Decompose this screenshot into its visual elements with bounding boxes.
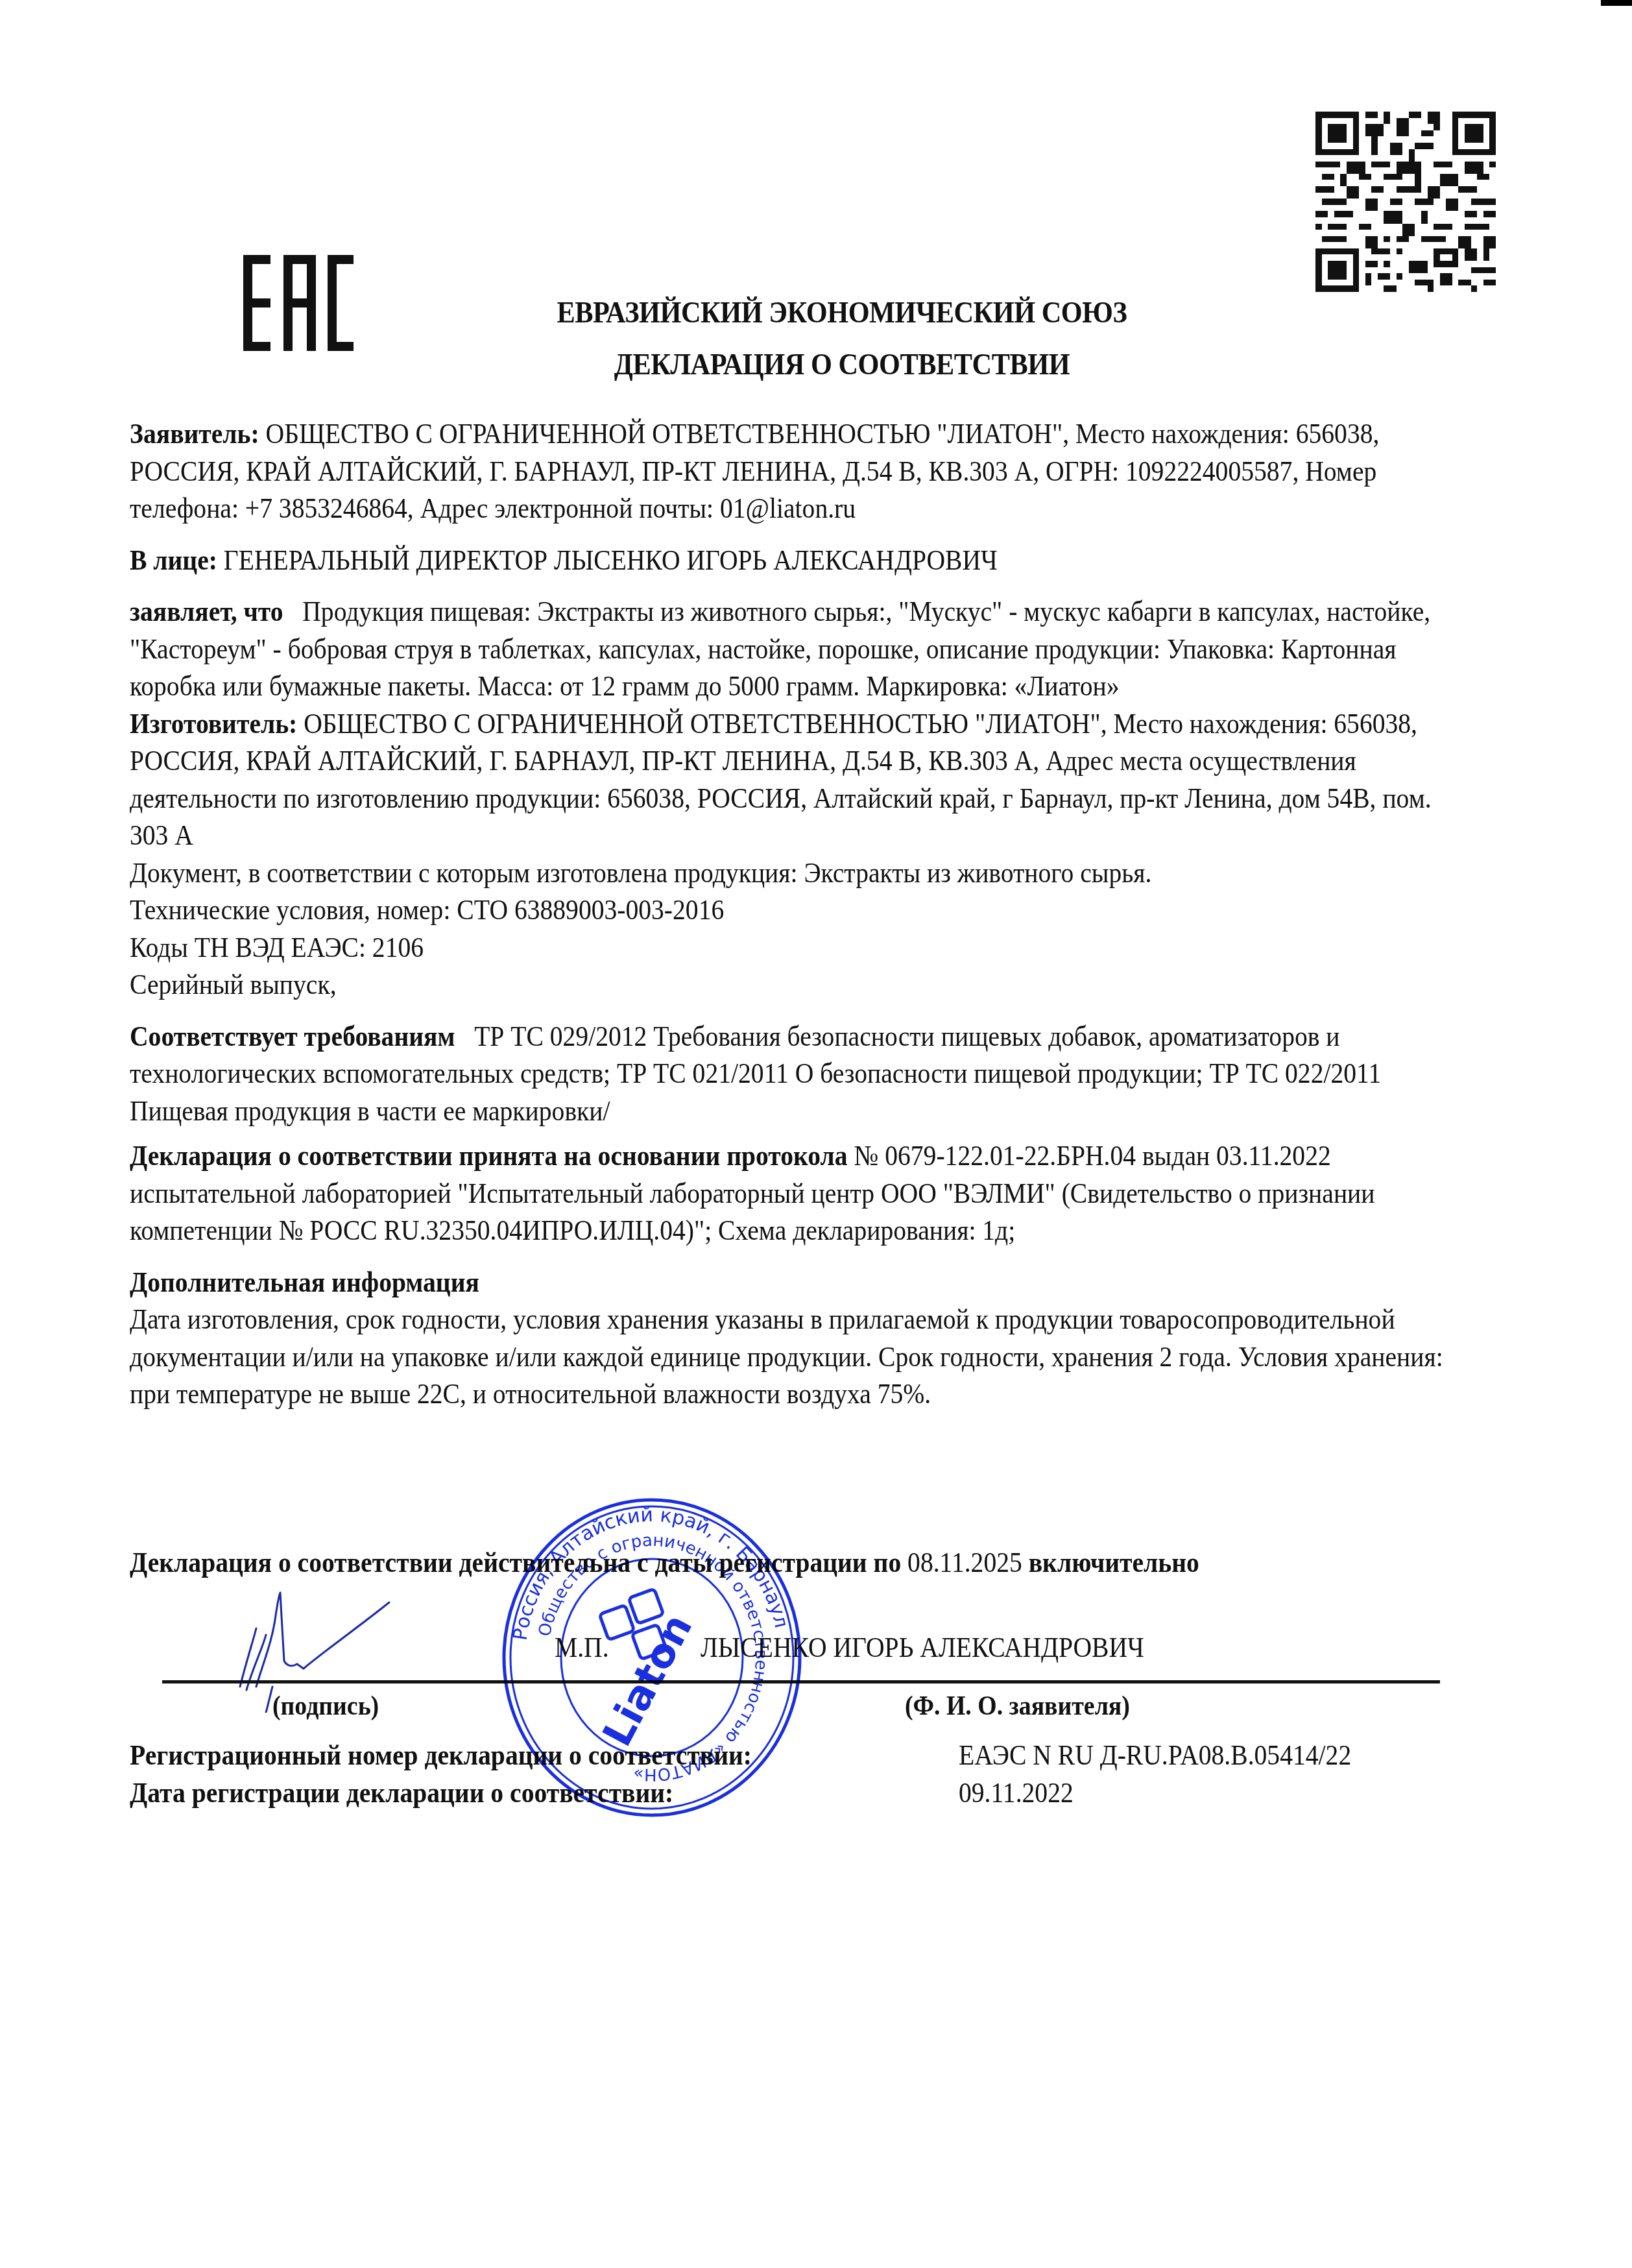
tn-ved-codes: Коды ТН ВЭД ЕАЭС: 2106 bbox=[130, 929, 1449, 967]
represented-by-text: ГЕНЕРАЛЬНЫЙ ДИРЕКТОР ЛЫСЕНКО ИГОРЬ АЛЕКС… bbox=[217, 544, 998, 576]
production-document: Документ, в соответствии с которым изгот… bbox=[130, 854, 1449, 892]
declares-label: заявляет, что bbox=[130, 596, 283, 627]
stamp-brand: Liaton bbox=[593, 1606, 701, 1754]
declaration-body: Заявитель: ОБЩЕСТВО С ОГРАНИЧЕННОЙ ОТВЕТ… bbox=[130, 415, 1449, 1413]
declares-text: Продукция пищевая: Экстракты из животног… bbox=[130, 596, 1437, 702]
technical-conditions: Технические условия, номер: СТО 63889003… bbox=[130, 891, 1449, 929]
manufacturer-text: ОБЩЕСТВО С ОГРАНИЧЕННОЙ ОТВЕТСТВЕННОСТЬЮ… bbox=[130, 708, 1432, 852]
validity-date: 08.11.2025 bbox=[907, 1547, 1022, 1578]
signature-caption: (подпись) bbox=[272, 1691, 379, 1722]
applicant-section: Заявитель: ОБЩЕСТВО С ОГРАНИЧЕННОЙ ОТВЕТ… bbox=[130, 415, 1449, 527]
registration-date-value: 09.11.2022 bbox=[959, 1776, 1074, 1809]
manufacturer-label: Изготовитель: bbox=[130, 708, 297, 740]
additional-info-text: Дата изготовления, срок годности, услови… bbox=[130, 1301, 1449, 1413]
represented-by-section: В лице: ГЕНЕРАЛЬНЫЙ ДИРЕКТОР ЛЫСЕНКО ИГО… bbox=[130, 542, 1449, 579]
conforms-label: Соответствует требованиям bbox=[130, 1020, 455, 1052]
scan-edge-mark bbox=[1601, 0, 1632, 6]
conforms-section: Соответствует требованиям ТР ТС 029/2012… bbox=[130, 1018, 1449, 1130]
additional-info-heading: Дополнительная информация bbox=[130, 1264, 1449, 1301]
validity-suffix: включительно bbox=[1022, 1547, 1199, 1578]
name-caption: (Ф. И. О. заявителя) bbox=[905, 1691, 1130, 1722]
represented-by-label: В лице: bbox=[130, 544, 217, 576]
qr-code-icon[interactable] bbox=[1315, 112, 1496, 292]
company-stamp-icon: Россия, Алтайский край, г. Барнаул Общес… bbox=[499, 1495, 804, 1820]
basis-label: Декларация о соответствии принята на осн… bbox=[130, 1140, 848, 1172]
union-title: ЕВРАЗИЙСКИЙ ЭКОНОМИЧЕСКИЙ СОЮЗ bbox=[91, 295, 1593, 330]
declaration-page: ЕВРАЗИЙСКИЙ ЭКОНОМИЧЕСКИЙ СОЮЗ ДЕКЛАРАЦИ… bbox=[0, 0, 1632, 2268]
declares-section: заявляет, что Продукция пищевая: Экстрак… bbox=[130, 593, 1449, 705]
document-title: ДЕКЛАРАЦИЯ О СООТВЕТСТВИИ bbox=[91, 347, 1593, 381]
manufacturer-section: Изготовитель: ОБЩЕСТВО С ОГРАНИЧЕННОЙ ОТ… bbox=[130, 705, 1449, 854]
applicant-text: ОБЩЕСТВО С ОГРАНИЧЕННОЙ ОТВЕТСТВЕННОСТЬЮ… bbox=[130, 418, 1379, 524]
applicant-label: Заявитель: bbox=[130, 418, 259, 450]
registration-number-value: ЕАЭС N RU Д-RU.PA08.B.05414/22 bbox=[959, 1739, 1351, 1772]
serial-release: Серийный выпуск, bbox=[130, 966, 1449, 1004]
basis-section: Декларация о соответствии принята на осн… bbox=[130, 1137, 1449, 1249]
